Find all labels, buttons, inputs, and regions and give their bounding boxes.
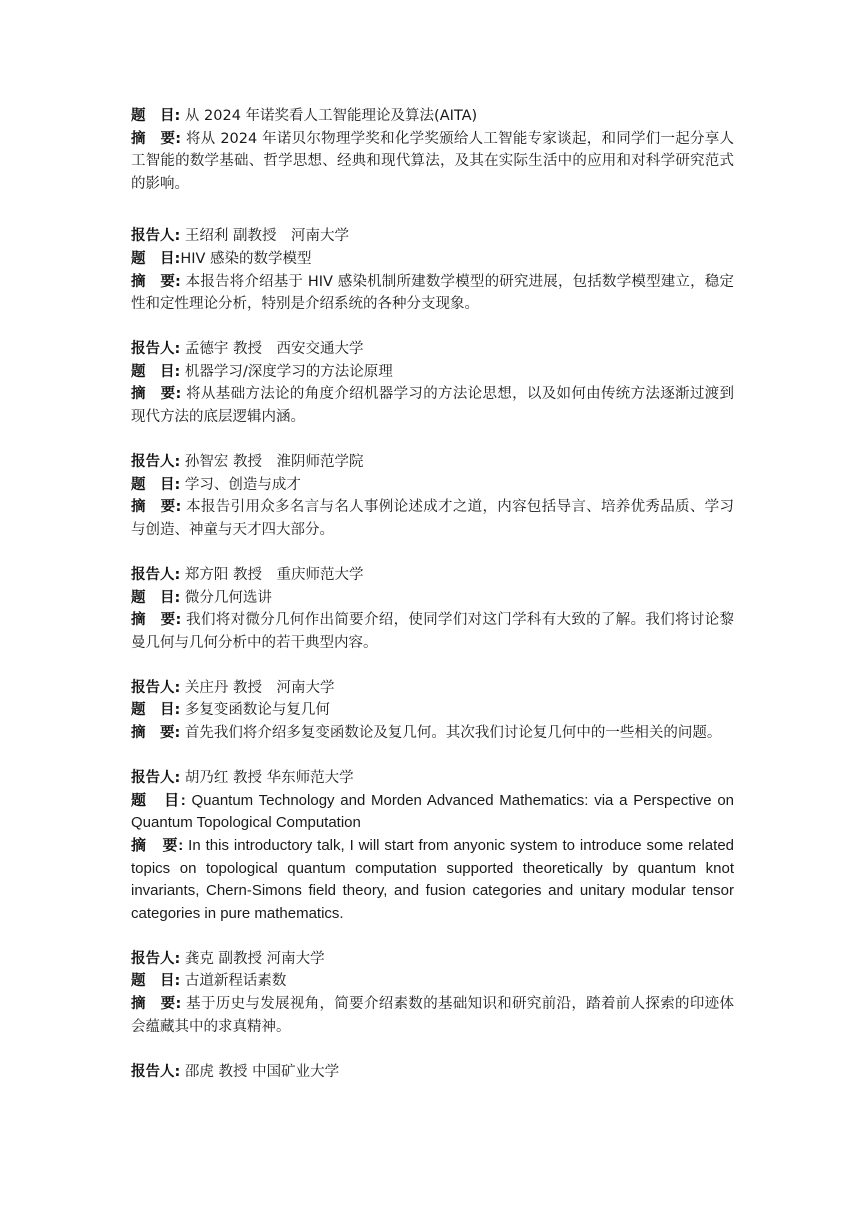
- talk-abstract: 将从基础方法论的角度介绍机器学习的方法论思想，以及如何由传统方法逐渐过渡到现代方…: [131, 386, 734, 425]
- talk-title: HIV 感染的数学模型: [180, 251, 311, 267]
- speaker-label: 报告人:: [131, 454, 180, 470]
- speaker-line: 报告人: 关庄丹 教授 河南大学: [131, 677, 734, 700]
- talk-entry-2: 报告人: 王绍利 副教授 河南大学 题 目:HIV 感染的数学模型 摘 要: 本…: [131, 225, 734, 315]
- talk-title-line: 题 目: 机器学习/深度学习的方法论原理: [131, 361, 734, 384]
- talk-title: 机器学习/深度学习的方法论原理: [180, 364, 393, 380]
- talk-title: 多复变函数论与复几何: [180, 702, 330, 718]
- talk-title: 古道新程话素数: [180, 973, 286, 989]
- speaker-info: 龚克 副教授 河南大学: [180, 951, 324, 967]
- talk-entry-8: 报告人: 龚克 副教授 河南大学 题 目: 古道新程话素数 摘 要: 基于历史与…: [131, 948, 734, 1038]
- abstract-label: 摘 要:: [131, 499, 181, 515]
- talk-title-line: 题 目:HIV 感染的数学模型: [131, 248, 734, 271]
- title-label: 题 目:: [131, 590, 180, 606]
- talk-entry-4: 报告人: 孙智宏 教授 淮阴师范学院 题 目: 学习、创造与成才 摘 要: 本报…: [131, 451, 734, 541]
- abstract-label: 摘 要:: [131, 837, 183, 854]
- talk-abstract-line: 摘 要: 首先我们将介绍多复变函数论及复几何。其次我们讨论复几何中的一些相关的问…: [131, 722, 734, 745]
- talk-entry-6: 报告人: 关庄丹 教授 河南大学 题 目: 多复变函数论与复几何 摘 要: 首先…: [131, 677, 734, 745]
- abstract-label: 摘 要:: [131, 612, 181, 628]
- talk-title: 微分几何选讲: [180, 590, 272, 606]
- speaker-line: 报告人: 胡乃红 教授 华东师范大学: [131, 767, 734, 790]
- speaker-info: 孙智宏 教授 淮阴师范学院: [180, 454, 363, 470]
- talk-abstract: 首先我们将介绍多复变函数论及复几何。其次我们讨论复几何中的一些相关的问题。: [180, 725, 721, 741]
- talk-abstract-line: 摘 要: 将从基础方法论的角度介绍机器学习的方法论思想，以及如何由传统方法逐渐过…: [131, 383, 734, 428]
- talk-abstract-line: 摘 要: 本报告引用众多名言与名人事例论述成才之道，内容包括导言、培养优秀品质、…: [131, 496, 734, 541]
- talk-entry-1: 题 目: 从 2024 年诺奖看人工智能理论及算法(AITA) 摘 要: 将从 …: [131, 105, 734, 195]
- talk-title: 学习、创造与成才: [180, 477, 301, 493]
- speaker-line: 报告人: 孙智宏 教授 淮阴师范学院: [131, 451, 734, 474]
- speaker-label: 报告人:: [131, 228, 180, 244]
- talk-title-line: 题 目: Quantum Technology and Morden Advan…: [131, 790, 734, 835]
- title-label: 题 目:: [131, 477, 180, 493]
- title-label: 题 目:: [131, 251, 180, 267]
- speaker-line: 报告人: 邵虎 教授 中国矿业大学: [131, 1061, 734, 1084]
- speaker-label: 报告人:: [131, 1064, 180, 1080]
- talk-abstract-line: 摘 要: 本报告将介绍基于 HIV 感染机制所建数学模型的研究进展，包括数学模型…: [131, 271, 734, 316]
- talk-title: 从 2024 年诺奖看人工智能理论及算法(AITA): [180, 108, 477, 124]
- speaker-line: 报告人: 郑方阳 教授 重庆师范大学: [131, 564, 734, 587]
- talk-abstract-line: 摘 要: 基于历史与发展视角，简要介绍素数的基础知识和研究前沿，踏着前人探索的印…: [131, 993, 734, 1038]
- speaker-info: 关庄丹 教授 河南大学: [180, 680, 334, 696]
- title-label: 题 目:: [131, 702, 180, 718]
- speaker-info: 邵虎 教授 中国矿业大学: [180, 1064, 339, 1080]
- title-label: 题 目:: [131, 973, 180, 989]
- talk-entry-9: 报告人: 邵虎 教授 中国矿业大学: [131, 1061, 734, 1084]
- speaker-info: 胡乃红 教授 华东师范大学: [180, 770, 353, 786]
- speaker-info: 王绍利 副教授 河南大学: [180, 228, 349, 244]
- speaker-label: 报告人:: [131, 770, 180, 786]
- talk-entry-7: 报告人: 胡乃红 教授 华东师范大学 题 目: Quantum Technolo…: [131, 767, 734, 925]
- speaker-label: 报告人:: [131, 567, 180, 583]
- speaker-label: 报告人:: [131, 951, 180, 967]
- speaker-line: 报告人: 龚克 副教授 河南大学: [131, 948, 734, 971]
- title-label: 题 目:: [131, 364, 180, 380]
- speaker-line: 报告人: 王绍利 副教授 河南大学: [131, 225, 734, 248]
- talk-entry-5: 报告人: 郑方阳 教授 重庆师范大学 题 目: 微分几何选讲 摘 要: 我们将对…: [131, 564, 734, 654]
- title-label: 题 目:: [131, 792, 186, 809]
- abstract-label: 摘 要:: [131, 274, 181, 290]
- document-page: 题 目: 从 2024 年诺奖看人工智能理论及算法(AITA) 摘 要: 将从 …: [131, 105, 734, 1106]
- talk-abstract-line: 摘 要: 我们将对微分几何作出简要介绍，使同学们对这门学科有大致的了解。我们将讨…: [131, 609, 734, 654]
- talk-abstract: 本报告引用众多名言与名人事例论述成才之道，内容包括导言、培养优秀品质、学习与创造…: [131, 499, 734, 538]
- speaker-info: 郑方阳 教授 重庆师范大学: [180, 567, 363, 583]
- speaker-label: 报告人:: [131, 680, 180, 696]
- talk-title-line: 题 目: 学习、创造与成才: [131, 474, 734, 497]
- title-label: 题 目:: [131, 108, 180, 124]
- talk-entry-3: 报告人: 孟德宇 教授 西安交通大学 题 目: 机器学习/深度学习的方法论原理 …: [131, 338, 734, 428]
- talk-abstract: 基于历史与发展视角，简要介绍素数的基础知识和研究前沿，踏着前人探索的印迹体会蕴藏…: [131, 996, 734, 1035]
- talk-abstract-line: 摘 要: 将从 2024 年诺贝尔物理学奖和化学奖颁给人工智能专家谈起，和同学们…: [131, 128, 734, 196]
- talk-title-line: 题 目: 多复变函数论与复几何: [131, 699, 734, 722]
- speaker-label: 报告人:: [131, 341, 180, 357]
- abstract-label: 摘 要:: [131, 996, 181, 1012]
- speaker-line: 报告人: 孟德宇 教授 西安交通大学: [131, 338, 734, 361]
- abstract-label: 摘 要:: [131, 725, 180, 741]
- talk-abstract: In this introductory talk, I will start …: [131, 837, 734, 922]
- abstract-label: 摘 要:: [131, 386, 181, 402]
- talk-title: Quantum Technology and Morden Advanced M…: [131, 792, 734, 832]
- talk-abstract: 将从 2024 年诺贝尔物理学奖和化学奖颁给人工智能专家谈起，和同学们一起分享人…: [131, 131, 734, 192]
- talk-title-line: 题 目: 从 2024 年诺奖看人工智能理论及算法(AITA): [131, 105, 734, 128]
- talk-title-line: 题 目: 微分几何选讲: [131, 587, 734, 610]
- talk-abstract: 本报告将介绍基于 HIV 感染机制所建数学模型的研究进展，包括数学模型建立，稳定…: [131, 274, 734, 313]
- talk-abstract-line: 摘 要: In this introductory talk, I will s…: [131, 835, 734, 925]
- speaker-info: 孟德宇 教授 西安交通大学: [180, 341, 363, 357]
- talk-title-line: 题 目: 古道新程话素数: [131, 970, 734, 993]
- abstract-label: 摘 要:: [131, 131, 181, 147]
- talk-abstract: 我们将对微分几何作出简要介绍，使同学们对这门学科有大致的了解。我们将讨论黎曼几何…: [131, 612, 734, 651]
